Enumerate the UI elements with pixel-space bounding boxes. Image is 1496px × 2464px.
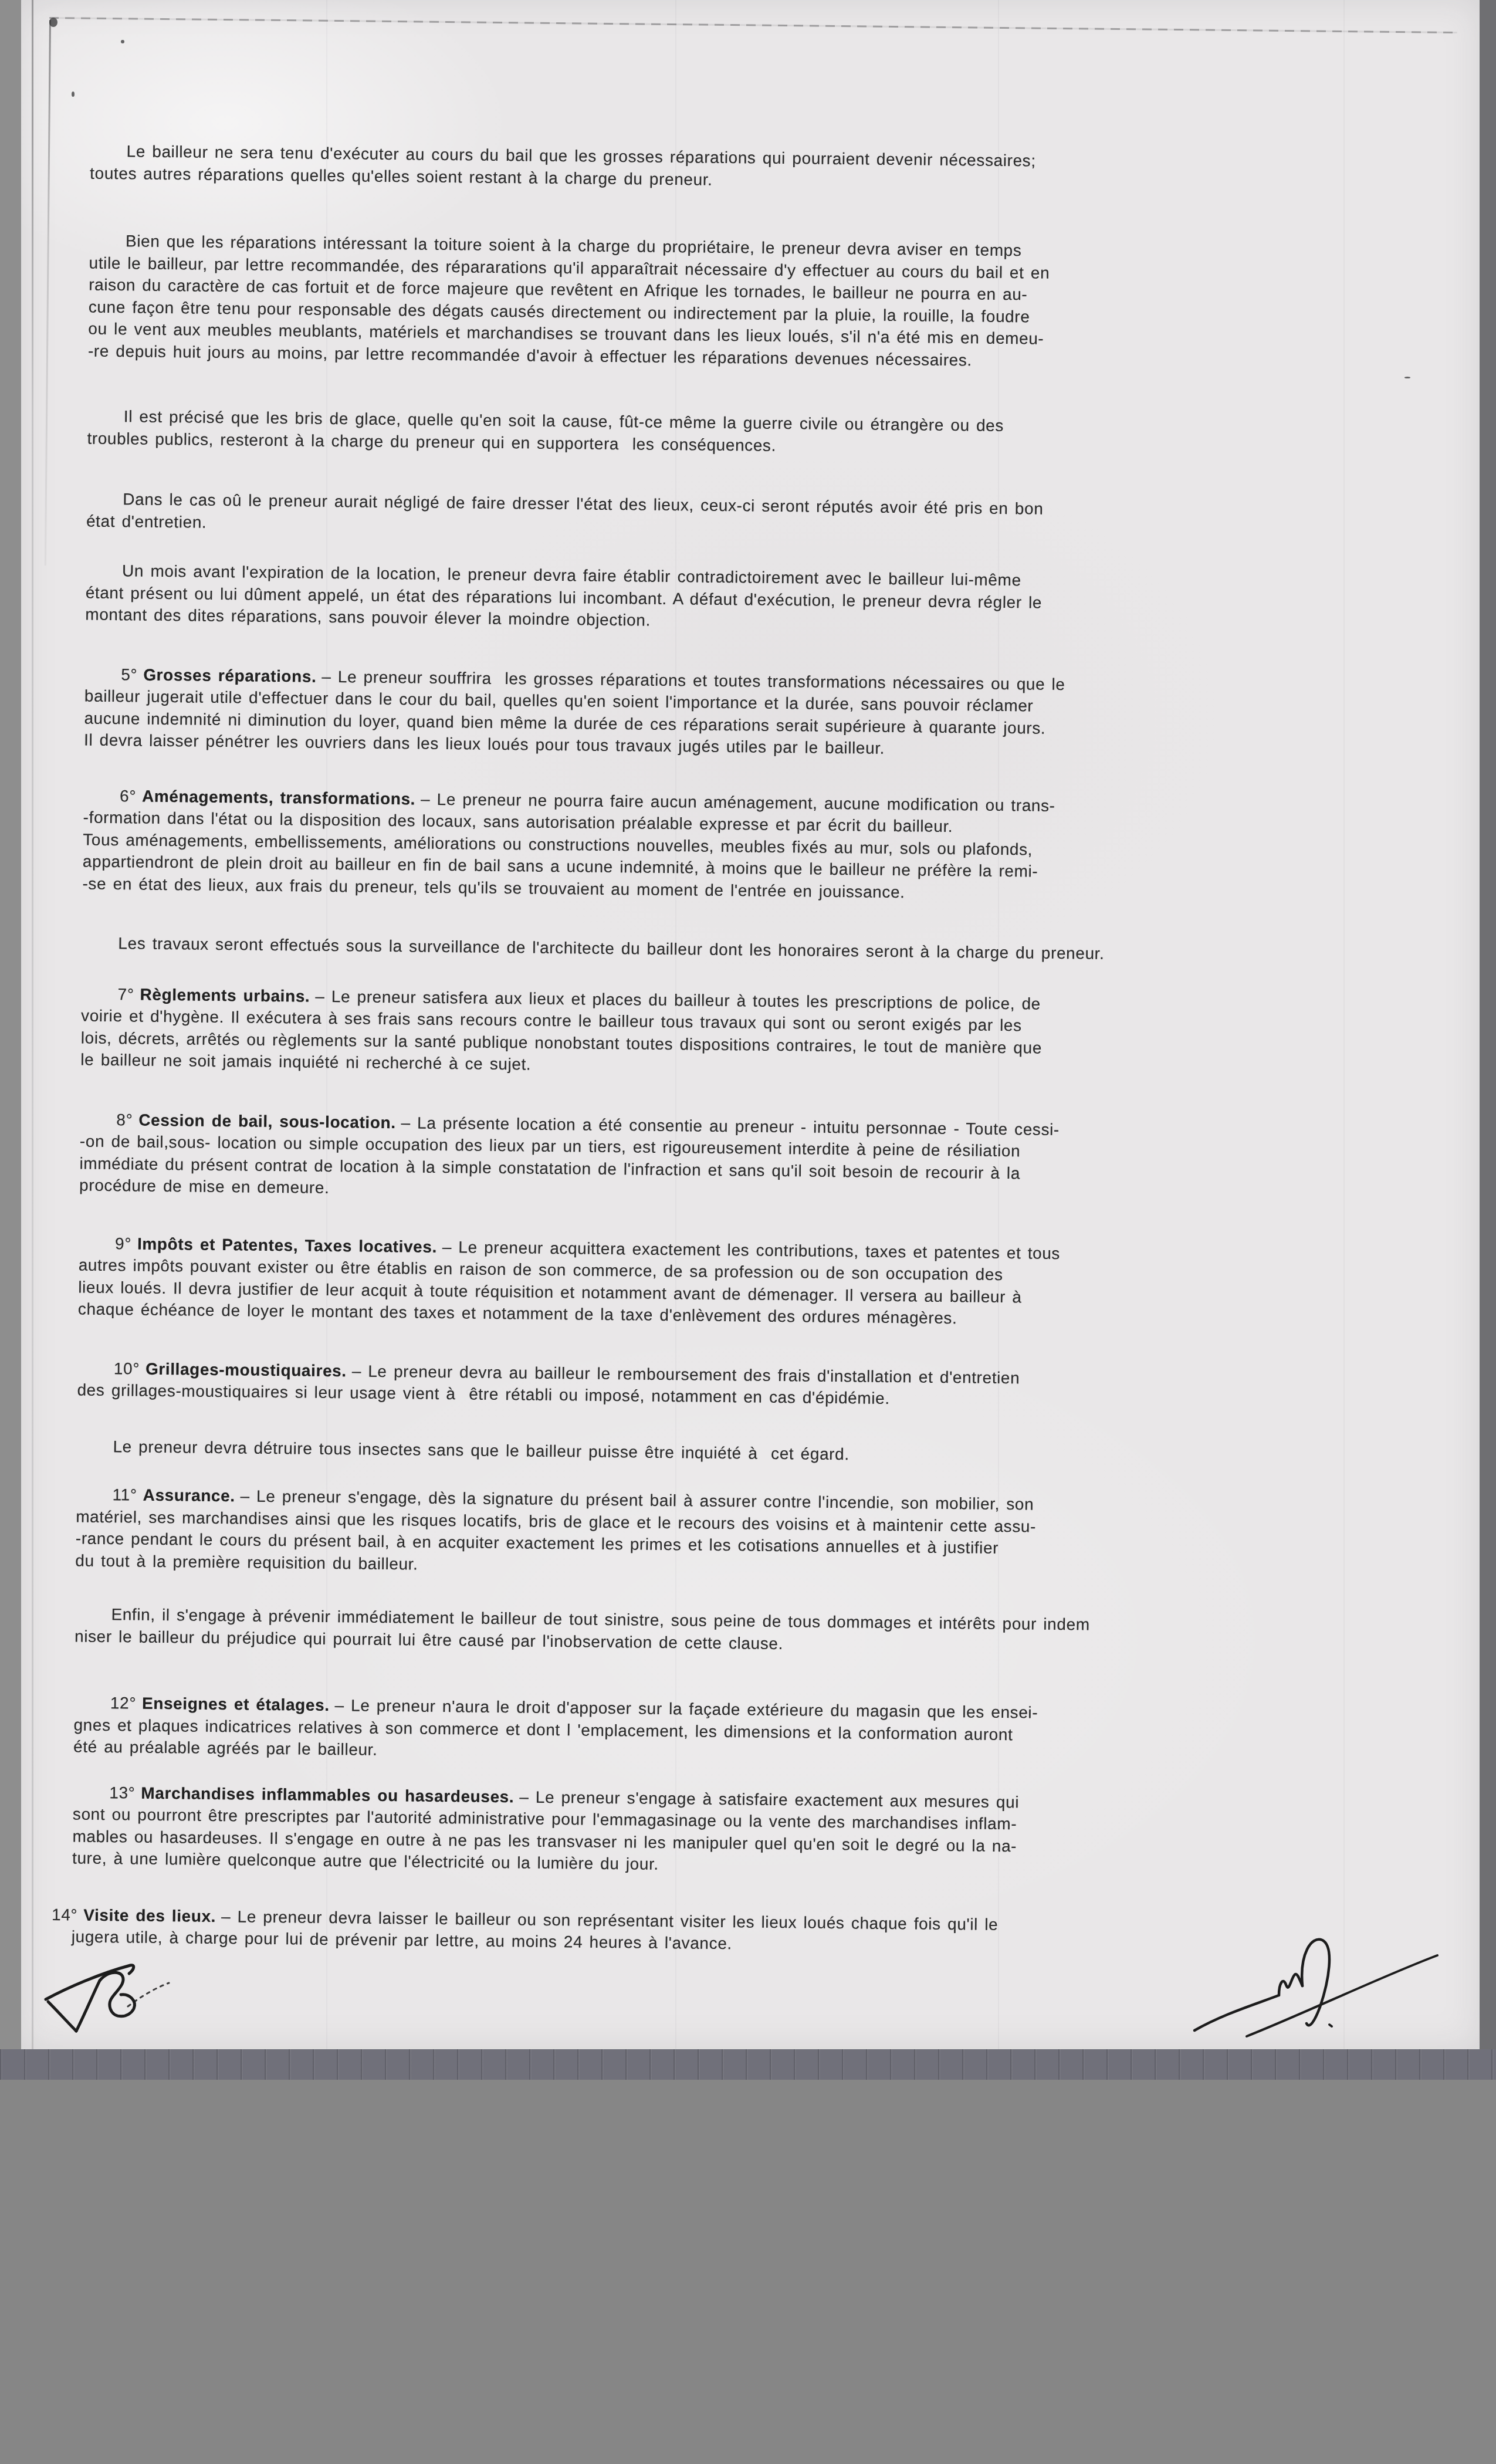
clause-paragraph-9: 9°Impôts et Patentes, Taxes locatives.– … xyxy=(78,1232,1351,1333)
paragraph-text: Le preneur devra détruire tous insectes … xyxy=(113,1437,849,1463)
clause-title: Grillages-moustiquaires. xyxy=(145,1359,347,1380)
ink-speck xyxy=(72,92,75,97)
paragraph: Le preneur devra détruire tous insectes … xyxy=(76,1435,1348,1470)
paragraph: Bien que les réparations intéressant la … xyxy=(88,230,1361,375)
clause-number: 12° xyxy=(110,1694,136,1712)
clause-number: 11° xyxy=(112,1485,137,1504)
paragraph-text: Dans le cas oû le preneur aurait négligé… xyxy=(86,490,1044,531)
scanner-margin-left xyxy=(0,0,21,2049)
clause-title: Aménagements, transformations. xyxy=(142,787,415,808)
clause-title: Enseignes et étalages. xyxy=(142,1694,330,1714)
paragraph: Il est précisé que les bris de glace, qu… xyxy=(87,405,1359,463)
clause-title: Règlements urbains. xyxy=(140,985,310,1005)
pencil-mark xyxy=(1404,377,1410,378)
clause-paragraph-13: 13°Marchandises inflammables ou hasardeu… xyxy=(72,1781,1345,1883)
paper-fold-line xyxy=(32,0,33,2049)
clause-paragraph-12: 12°Enseignes et étalages.– Le preneur n'… xyxy=(73,1691,1346,1771)
clause-number: 8° xyxy=(116,1111,133,1129)
clause-paragraph-11: 11°Assurance.– Le preneur s'engage, dès … xyxy=(75,1484,1348,1585)
paragraph-text: Un mois avant l'expiration de la locatio… xyxy=(85,561,1042,629)
clause-title: Marchandises inflammables ou hasardeuses… xyxy=(141,1783,514,1806)
scanner-background-bottom xyxy=(0,2080,1496,2464)
scanner-margin-right xyxy=(1480,0,1496,2049)
clause-title: Visite des lieux. xyxy=(83,1905,216,1925)
scanned-document-screenshot: { "page": { "background_color": "#878787… xyxy=(0,0,1496,2464)
paragraph-text: Enfin, il s'engage à prévenir immédiatem… xyxy=(75,1605,1090,1652)
document-text-block: Le bailleur ne sera tenu d'exécuter au c… xyxy=(72,14,1363,1961)
clause-title: Cession de bail, sous-location. xyxy=(138,1111,396,1132)
clause-number: 9° xyxy=(115,1234,131,1253)
paragraph-text: Bien que les réparations intéressant la … xyxy=(88,232,1050,369)
signature-left xyxy=(41,1958,188,2040)
clause-number: 14° xyxy=(52,1905,77,1924)
clause-title: Impôts et Patentes, Taxes locatives. xyxy=(137,1234,437,1255)
clause-number: 13° xyxy=(109,1783,135,1802)
clause-number: 6° xyxy=(120,787,136,805)
paragraph-text: Le bailleur ne sera tenu d'exécuter au c… xyxy=(90,142,1036,188)
paragraph-text: – Le preneur ne pourra faire aucun aména… xyxy=(82,790,1055,901)
paragraph-text: Les travaux seront effectués sous la sur… xyxy=(118,934,1104,963)
ink-smudge xyxy=(49,18,57,27)
paragraph: Dans le cas oû le preneur aurait négligé… xyxy=(86,488,1359,546)
pencil-border-line xyxy=(45,20,51,566)
clause-paragraph-10: 10°Grillages-moustiquaires.– Le preneur … xyxy=(77,1357,1349,1414)
paragraph: Le bailleur ne sera tenu d'exécuter au c… xyxy=(90,140,1362,198)
clause-number: 10° xyxy=(114,1359,140,1377)
clause-number: 5° xyxy=(121,665,137,683)
clause-paragraph-6: 6°Aménagements, transformations.– Le pre… xyxy=(82,784,1355,908)
paragraph: Enfin, il s'engage à prévenir immédiatem… xyxy=(75,1603,1347,1661)
paragraph: Un mois avant l'expiration de la locatio… xyxy=(85,560,1358,639)
paper-bottom-shadow-band xyxy=(0,2049,1496,2080)
clause-title: Assurance. xyxy=(143,1486,235,1505)
clause-paragraph-7: 7°Règlements urbains.– Le preneur satisf… xyxy=(80,983,1353,1084)
clause-paragraph-5: 5°Grosses réparations.– Le preneur souff… xyxy=(84,663,1356,764)
paragraph-text: Il est précisé que les bris de glace, qu… xyxy=(87,407,1004,454)
signature-right xyxy=(1191,1932,1452,2043)
clause-number: 7° xyxy=(117,985,134,1003)
clause-title: Grosses réparations. xyxy=(143,665,316,685)
paragraph: Les travaux seront effectués sous la sur… xyxy=(82,932,1353,967)
clause-paragraph-8: 8°Cession de bail, sous-location.– La pr… xyxy=(79,1108,1352,1210)
